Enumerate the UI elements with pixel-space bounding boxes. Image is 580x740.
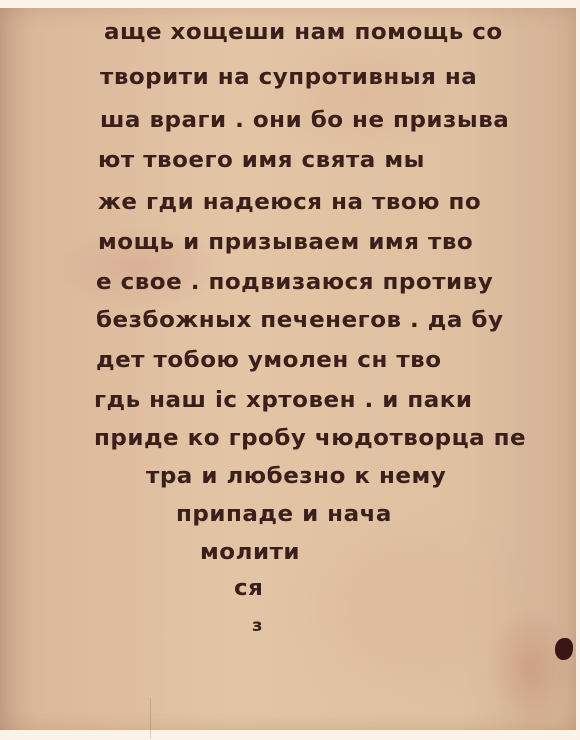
text-line-15: ся <box>234 576 263 601</box>
text-line-7: е свое . подвизаюся противу <box>96 270 493 295</box>
text-line-14: молити <box>200 540 300 565</box>
text-line-3: ша враги . они бо не призыва <box>100 108 509 133</box>
text-line-11: приде ко гробу чюдотворца пе <box>94 426 526 451</box>
text-line-5: же гди надеюся на твою по <box>98 190 481 215</box>
text-line-13: припаде и нача <box>176 502 392 527</box>
manuscript-page: аще хощеши нам помощь со творити на супр… <box>0 8 576 730</box>
text-line-2: творити на супротивныя на <box>100 65 477 90</box>
page-number-mark: з <box>252 616 263 636</box>
parchment-crease <box>150 698 151 738</box>
text-line-4: ют твоего имя свята мы <box>98 148 425 173</box>
ink-stain <box>555 638 573 660</box>
text-line-8: безбожных печенегов . да бу <box>96 308 503 333</box>
text-line-10: гдь наш іс хртовен . и паки <box>94 388 473 413</box>
text-line-1: аще хощеши нам помощь со <box>104 20 503 45</box>
text-line-9: дет тобою умолен сн тво <box>96 348 442 373</box>
text-line-6: мощь и призываем имя тво <box>98 230 473 255</box>
text-line-12: тра и любезно к нему <box>146 464 446 489</box>
